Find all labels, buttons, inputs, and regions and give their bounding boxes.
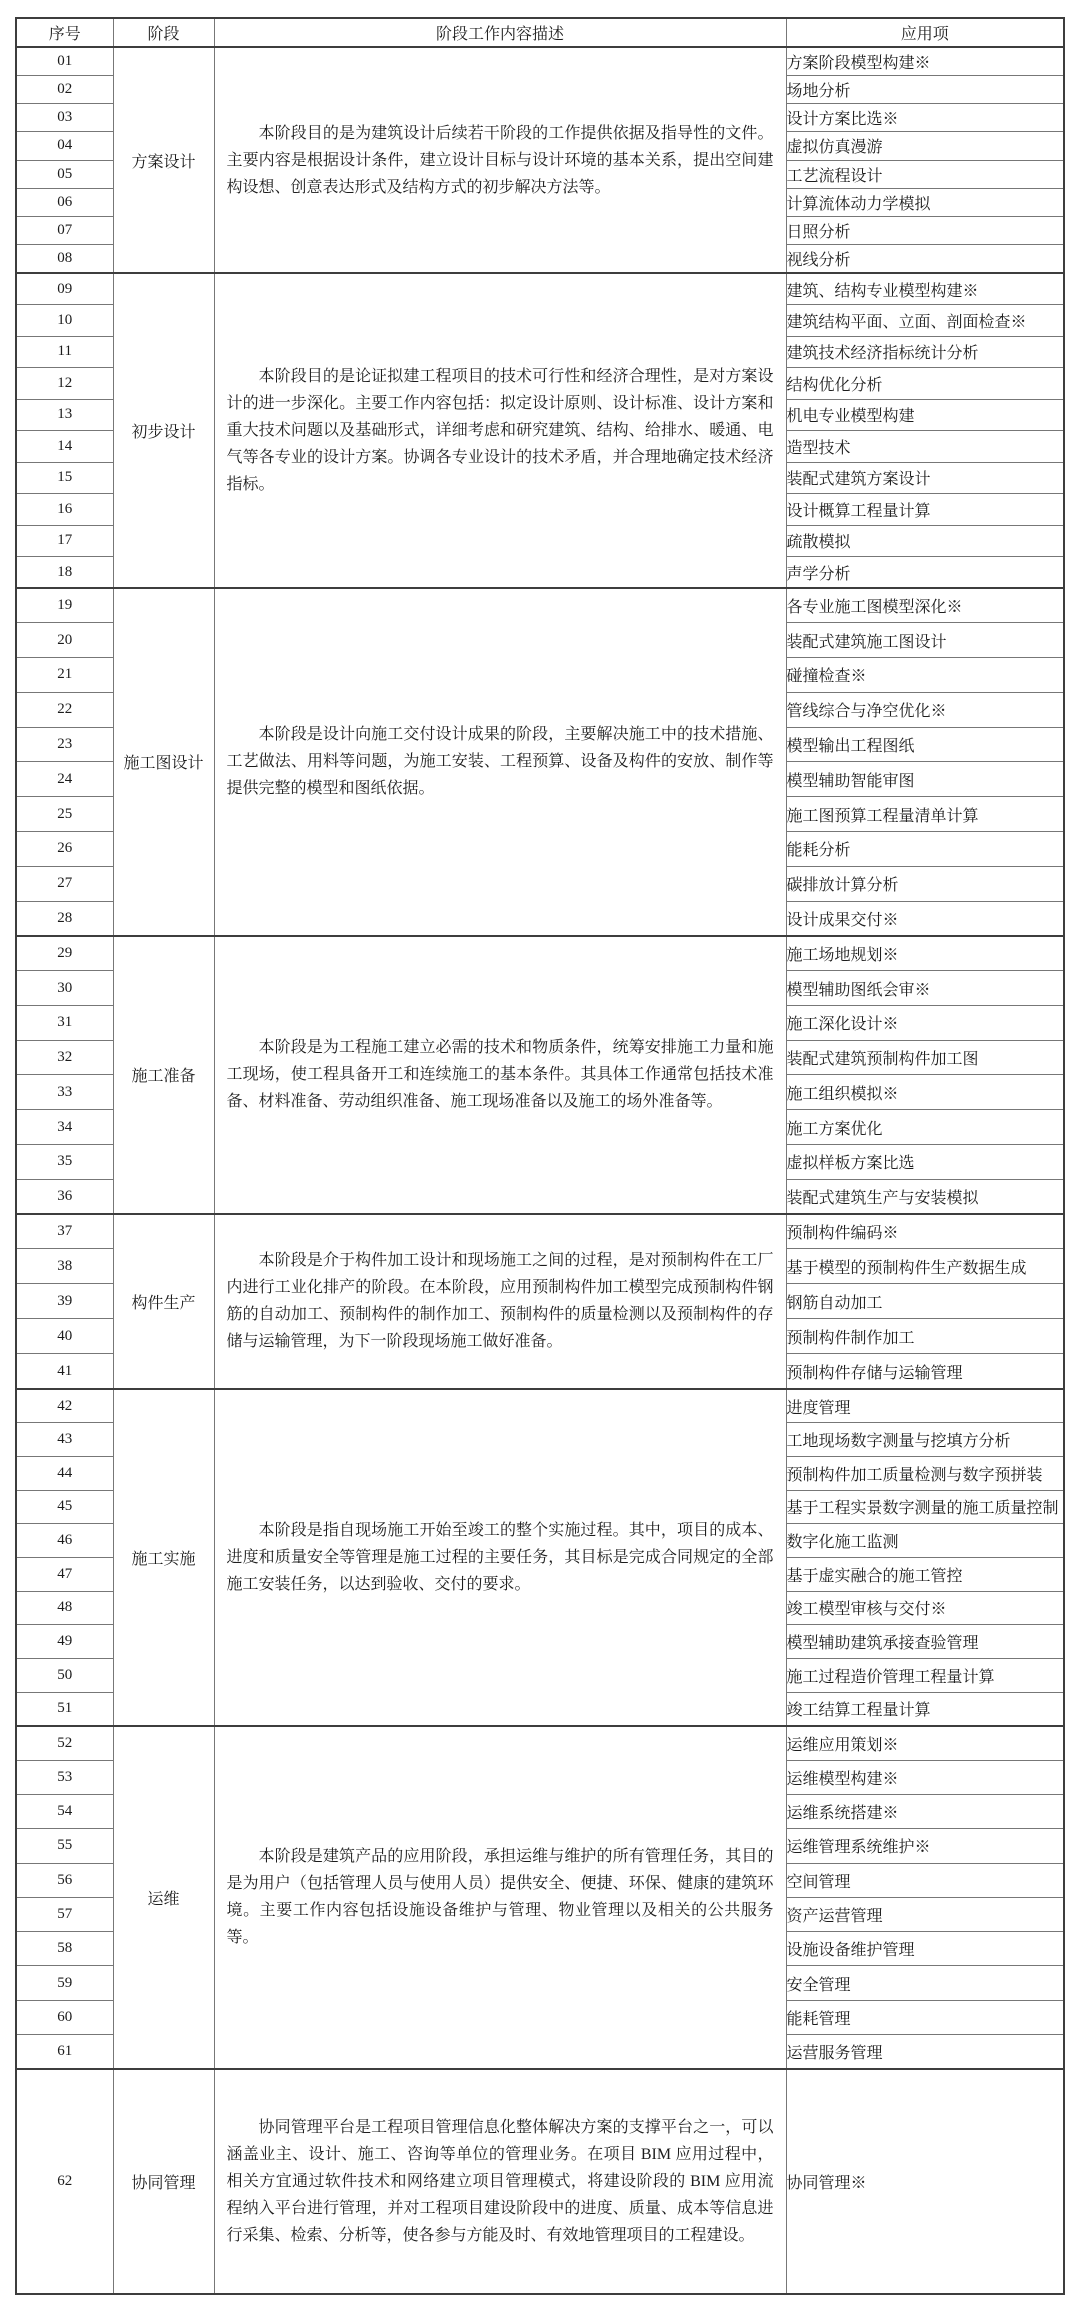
serial-number-cell: 25 bbox=[16, 797, 113, 832]
serial-number-cell: 32 bbox=[16, 1040, 113, 1075]
application-item-cell: 装配式建筑方案设计 bbox=[786, 462, 1064, 494]
table-header-row: 序号 阶段 阶段工作内容描述 应用项 bbox=[16, 18, 1064, 47]
application-item-cell: 模型辅助图纸会审※ bbox=[786, 971, 1064, 1006]
serial-number-cell: 48 bbox=[16, 1591, 113, 1625]
application-item-cell: 场地分析 bbox=[786, 75, 1064, 103]
serial-number-cell: 53 bbox=[16, 1760, 113, 1794]
application-item-cell: 模型输出工程图纸 bbox=[786, 727, 1064, 762]
stage-description-text: 本阶段是介于构件加工设计和现场施工之间的过程，是对预制构件在工厂内进行工业化排产… bbox=[215, 1247, 786, 1355]
stage-description-text: 本阶段是为工程施工建立必需的技术和物质条件，统筹安排施工力量和施工现场，使工程具… bbox=[215, 1034, 786, 1115]
stage-description-text: 本阶段是建筑产品的应用阶段，承担运维与维护的所有管理任务，其目的是为用户（包括管… bbox=[215, 1843, 786, 1951]
serial-number-cell: 24 bbox=[16, 762, 113, 797]
application-item-cell: 预制构件编码※ bbox=[786, 1214, 1064, 1249]
serial-number-cell: 03 bbox=[16, 104, 113, 132]
application-item-cell: 碳排放计算分析 bbox=[786, 866, 1064, 901]
stage-description-text: 本阶段是设计向施工交付设计成果的阶段，主要解决施工中的技术措施、工艺做法、用料等… bbox=[215, 721, 786, 802]
application-item-cell: 模型辅助建筑承接查验管理 bbox=[786, 1625, 1064, 1659]
application-item-cell: 声学分析 bbox=[786, 557, 1064, 589]
application-item-cell: 施工场地规划※ bbox=[786, 936, 1064, 971]
application-item-cell: 装配式建筑生产与安装模拟 bbox=[786, 1179, 1064, 1214]
stage-description-text: 本阶段是指自现场施工开始至竣工的整个实施过程。其中，项目的成本、进度和质量安全等… bbox=[215, 1517, 786, 1598]
application-item-cell: 运维管理系统维护※ bbox=[786, 1829, 1064, 1863]
serial-number-cell: 43 bbox=[16, 1423, 113, 1457]
serial-number-cell: 22 bbox=[16, 692, 113, 727]
serial-number-cell: 30 bbox=[16, 971, 113, 1006]
table-row: 62协同管理协同管理平台是工程项目管理信息化整体解决方案的支撑平台之一，可以涵盖… bbox=[16, 2069, 1064, 2294]
application-item-cell: 结构优化分析 bbox=[786, 368, 1064, 400]
serial-number-cell: 56 bbox=[16, 1863, 113, 1897]
serial-number-cell: 26 bbox=[16, 832, 113, 867]
application-item-cell: 工艺流程设计 bbox=[786, 160, 1064, 188]
application-item-cell: 模型辅助智能审图 bbox=[786, 762, 1064, 797]
serial-number-cell: 12 bbox=[16, 368, 113, 400]
application-item-cell: 空间管理 bbox=[786, 1863, 1064, 1897]
stage-description-text: 协同管理平台是工程项目管理信息化整体解决方案的支撑平台之一，可以涵盖业主、设计、… bbox=[215, 2114, 786, 2249]
stage-description-cell: 本阶段目的是为建筑设计后续若干阶段的工作提供依据及指导性的文件。主要内容是根据设… bbox=[214, 47, 786, 273]
application-item-cell: 虚拟样板方案比选 bbox=[786, 1144, 1064, 1179]
application-item-cell: 日照分析 bbox=[786, 217, 1064, 245]
table-row: 29施工准备本阶段是为工程施工建立必需的技术和物质条件，统筹安排施工力量和施工现… bbox=[16, 936, 1064, 971]
application-item-cell: 协同管理※ bbox=[786, 2069, 1064, 2294]
application-item-cell: 资产运营管理 bbox=[786, 1897, 1064, 1931]
application-item-cell: 施工图预算工程量清单计算 bbox=[786, 797, 1064, 832]
serial-number-cell: 21 bbox=[16, 658, 113, 693]
serial-number-cell: 55 bbox=[16, 1829, 113, 1863]
stage-description-text: 本阶段目的是为建筑设计后续若干阶段的工作提供依据及指导性的文件。主要内容是根据设… bbox=[215, 120, 786, 201]
stage-cell: 运维 bbox=[113, 1726, 214, 2069]
serial-number-cell: 37 bbox=[16, 1214, 113, 1249]
serial-number-cell: 38 bbox=[16, 1249, 113, 1284]
document-page: 序号 阶段 阶段工作内容描述 应用项 01方案设计本阶段目的是为建筑设计后续若干… bbox=[0, 0, 1080, 2309]
application-item-cell: 施工深化设计※ bbox=[786, 1005, 1064, 1040]
application-item-cell: 钢筋自动加工 bbox=[786, 1284, 1064, 1319]
application-item-cell: 机电专业模型构建 bbox=[786, 399, 1064, 431]
serial-number-cell: 28 bbox=[16, 901, 113, 936]
application-item-cell: 基于模型的预制构件生产数据生成 bbox=[786, 1249, 1064, 1284]
serial-number-cell: 05 bbox=[16, 160, 113, 188]
serial-number-cell: 16 bbox=[16, 494, 113, 526]
stage-description-cell: 本阶段是为工程施工建立必需的技术和物质条件，统筹安排施工力量和施工现场，使工程具… bbox=[214, 936, 786, 1214]
serial-number-cell: 57 bbox=[16, 1897, 113, 1931]
application-item-cell: 数字化施工监测 bbox=[786, 1524, 1064, 1558]
application-item-cell: 设施设备维护管理 bbox=[786, 1932, 1064, 1966]
application-item-cell: 设计方案比选※ bbox=[786, 104, 1064, 132]
serial-number-cell: 15 bbox=[16, 462, 113, 494]
serial-number-cell: 36 bbox=[16, 1179, 113, 1214]
serial-number-cell: 54 bbox=[16, 1794, 113, 1828]
serial-number-cell: 49 bbox=[16, 1625, 113, 1659]
application-item-cell: 建筑、结构专业模型构建※ bbox=[786, 273, 1064, 305]
serial-number-cell: 19 bbox=[16, 588, 113, 623]
serial-number-cell: 13 bbox=[16, 399, 113, 431]
serial-number-cell: 59 bbox=[16, 1966, 113, 2000]
serial-number-cell: 62 bbox=[16, 2069, 113, 2294]
table-row: 37构件生产本阶段是介于构件加工设计和现场施工之间的过程，是对预制构件在工厂内进… bbox=[16, 1214, 1064, 1249]
serial-number-cell: 18 bbox=[16, 557, 113, 589]
serial-number-cell: 46 bbox=[16, 1524, 113, 1558]
application-item-cell: 疏散模拟 bbox=[786, 525, 1064, 557]
application-item-cell: 施工方案优化 bbox=[786, 1110, 1064, 1145]
application-item-cell: 竣工模型审核与交付※ bbox=[786, 1591, 1064, 1625]
table-row: 52运维本阶段是建筑产品的应用阶段，承担运维与维护的所有管理任务，其目的是为用户… bbox=[16, 1726, 1064, 1760]
application-item-cell: 设计成果交付※ bbox=[786, 901, 1064, 936]
application-item-cell: 进度管理 bbox=[786, 1389, 1064, 1423]
serial-number-cell: 39 bbox=[16, 1284, 113, 1319]
serial-number-cell: 31 bbox=[16, 1005, 113, 1040]
header-stage: 阶段 bbox=[113, 18, 214, 47]
stage-cell: 协同管理 bbox=[113, 2069, 214, 2294]
stage-description-cell: 本阶段是指自现场施工开始至竣工的整个实施过程。其中，项目的成本、进度和质量安全等… bbox=[214, 1389, 786, 1726]
serial-number-cell: 40 bbox=[16, 1319, 113, 1354]
application-item-cell: 计算流体动力学模拟 bbox=[786, 188, 1064, 216]
stage-description-text: 本阶段目的是论证拟建工程项目的技术可行性和经济合理性，是对方案设计的进一步深化。… bbox=[215, 363, 786, 498]
serial-number-cell: 11 bbox=[16, 336, 113, 368]
application-item-cell: 能耗分析 bbox=[786, 832, 1064, 867]
application-item-cell: 建筑结构平面、立面、剖面检查※ bbox=[786, 305, 1064, 337]
serial-number-cell: 04 bbox=[16, 132, 113, 160]
stage-description-cell: 协同管理平台是工程项目管理信息化整体解决方案的支撑平台之一，可以涵盖业主、设计、… bbox=[214, 2069, 786, 2294]
serial-number-cell: 20 bbox=[16, 623, 113, 658]
application-item-cell: 装配式建筑预制构件加工图 bbox=[786, 1040, 1064, 1075]
stage-cell: 施工实施 bbox=[113, 1389, 214, 1726]
application-item-cell: 管线综合与净空优化※ bbox=[786, 692, 1064, 727]
header-serial-number: 序号 bbox=[16, 18, 113, 47]
serial-number-cell: 35 bbox=[16, 1144, 113, 1179]
serial-number-cell: 27 bbox=[16, 866, 113, 901]
stage-cell: 构件生产 bbox=[113, 1214, 214, 1389]
header-stage-description: 阶段工作内容描述 bbox=[214, 18, 786, 47]
application-item-cell: 基于工程实景数字测量的施工质量控制 bbox=[786, 1490, 1064, 1524]
stage-cell: 初步设计 bbox=[113, 273, 214, 588]
serial-number-cell: 58 bbox=[16, 1932, 113, 1966]
application-item-cell: 预制构件制作加工 bbox=[786, 1319, 1064, 1354]
serial-number-cell: 06 bbox=[16, 188, 113, 216]
header-application-item: 应用项 bbox=[786, 18, 1064, 47]
stage-description-cell: 本阶段是建筑产品的应用阶段，承担运维与维护的所有管理任务，其目的是为用户（包括管… bbox=[214, 1726, 786, 2069]
application-item-cell: 运营服务管理 bbox=[786, 2035, 1064, 2069]
serial-number-cell: 17 bbox=[16, 525, 113, 557]
application-item-cell: 碰撞检查※ bbox=[786, 658, 1064, 693]
application-item-cell: 能耗管理 bbox=[786, 2000, 1064, 2034]
serial-number-cell: 08 bbox=[16, 245, 113, 273]
table-row: 19施工图设计本阶段是设计向施工交付设计成果的阶段，主要解决施工中的技术措施、工… bbox=[16, 588, 1064, 623]
table-row: 42施工实施本阶段是指自现场施工开始至竣工的整个实施过程。其中，项目的成本、进度… bbox=[16, 1389, 1064, 1423]
serial-number-cell: 01 bbox=[16, 47, 113, 75]
serial-number-cell: 52 bbox=[16, 1726, 113, 1760]
serial-number-cell: 51 bbox=[16, 1692, 113, 1726]
serial-number-cell: 61 bbox=[16, 2035, 113, 2069]
application-item-cell: 工地现场数字测量与挖填方分析 bbox=[786, 1423, 1064, 1457]
serial-number-cell: 09 bbox=[16, 273, 113, 305]
application-item-cell: 运维应用策划※ bbox=[786, 1726, 1064, 1760]
stage-cell: 施工准备 bbox=[113, 936, 214, 1214]
application-item-cell: 方案阶段模型构建※ bbox=[786, 47, 1064, 75]
serial-number-cell: 42 bbox=[16, 1389, 113, 1423]
application-item-cell: 造型技术 bbox=[786, 431, 1064, 463]
serial-number-cell: 02 bbox=[16, 75, 113, 103]
stage-description-cell: 本阶段目的是论证拟建工程项目的技术可行性和经济合理性，是对方案设计的进一步深化。… bbox=[214, 273, 786, 588]
application-item-cell: 预制构件存储与运输管理 bbox=[786, 1354, 1064, 1389]
serial-number-cell: 34 bbox=[16, 1110, 113, 1145]
serial-number-cell: 45 bbox=[16, 1490, 113, 1524]
serial-number-cell: 14 bbox=[16, 431, 113, 463]
serial-number-cell: 47 bbox=[16, 1557, 113, 1591]
application-item-cell: 施工组织模拟※ bbox=[786, 1075, 1064, 1110]
application-item-cell: 虚拟仿真漫游 bbox=[786, 132, 1064, 160]
application-item-cell: 运维模型构建※ bbox=[786, 1760, 1064, 1794]
serial-number-cell: 29 bbox=[16, 936, 113, 971]
stage-cell: 方案设计 bbox=[113, 47, 214, 273]
application-item-cell: 各专业施工图模型深化※ bbox=[786, 588, 1064, 623]
stage-cell: 施工图设计 bbox=[113, 588, 214, 936]
application-item-cell: 竣工结算工程量计算 bbox=[786, 1692, 1064, 1726]
application-item-cell: 预制构件加工质量检测与数字预拼装 bbox=[786, 1456, 1064, 1490]
serial-number-cell: 50 bbox=[16, 1658, 113, 1692]
application-item-cell: 视线分析 bbox=[786, 245, 1064, 273]
bim-application-table: 序号 阶段 阶段工作内容描述 应用项 01方案设计本阶段目的是为建筑设计后续若干… bbox=[15, 17, 1065, 2295]
application-item-cell: 施工过程造价管理工程量计算 bbox=[786, 1658, 1064, 1692]
table-row: 09初步设计本阶段目的是论证拟建工程项目的技术可行性和经济合理性，是对方案设计的… bbox=[16, 273, 1064, 305]
application-item-cell: 建筑技术经济指标统计分析 bbox=[786, 336, 1064, 368]
application-item-cell: 安全管理 bbox=[786, 1966, 1064, 2000]
table-row: 01方案设计本阶段目的是为建筑设计后续若干阶段的工作提供依据及指导性的文件。主要… bbox=[16, 47, 1064, 75]
serial-number-cell: 07 bbox=[16, 217, 113, 245]
application-item-cell: 运维系统搭建※ bbox=[786, 1794, 1064, 1828]
serial-number-cell: 33 bbox=[16, 1075, 113, 1110]
serial-number-cell: 41 bbox=[16, 1354, 113, 1389]
application-item-cell: 基于虚实融合的施工管控 bbox=[786, 1557, 1064, 1591]
stage-description-cell: 本阶段是介于构件加工设计和现场施工之间的过程，是对预制构件在工厂内进行工业化排产… bbox=[214, 1214, 786, 1389]
serial-number-cell: 23 bbox=[16, 727, 113, 762]
application-item-cell: 装配式建筑施工图设计 bbox=[786, 623, 1064, 658]
serial-number-cell: 44 bbox=[16, 1456, 113, 1490]
serial-number-cell: 10 bbox=[16, 305, 113, 337]
stage-description-cell: 本阶段是设计向施工交付设计成果的阶段，主要解决施工中的技术措施、工艺做法、用料等… bbox=[214, 588, 786, 936]
application-item-cell: 设计概算工程量计算 bbox=[786, 494, 1064, 526]
serial-number-cell: 60 bbox=[16, 2000, 113, 2034]
